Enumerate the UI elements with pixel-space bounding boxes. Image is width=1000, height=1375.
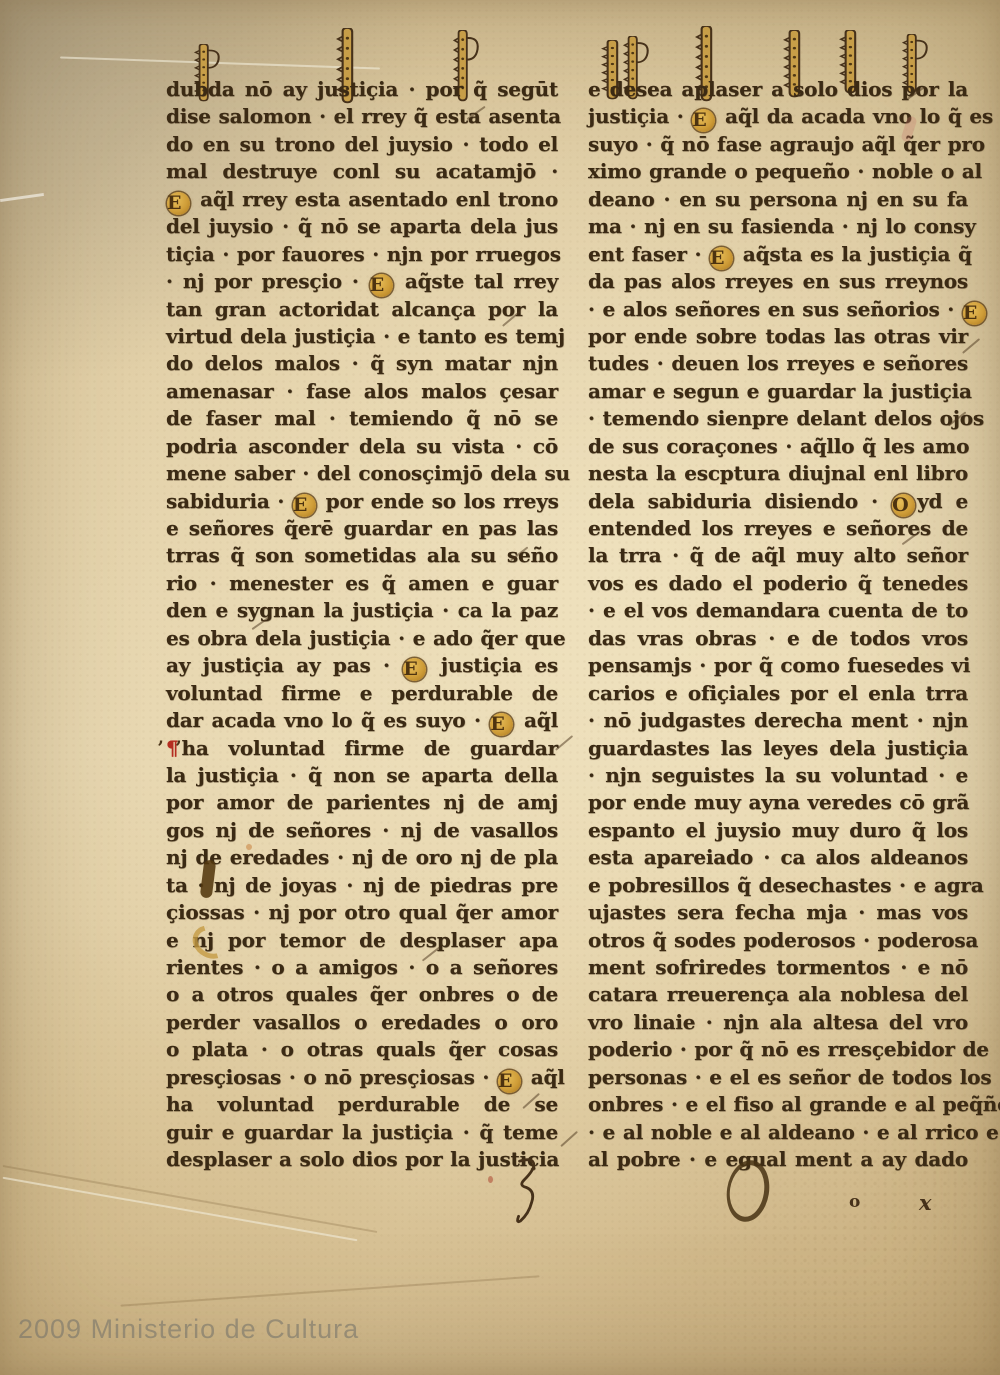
text-line: · e alos señores en sus señorios · E: [588, 296, 968, 323]
crease-line: [3, 1165, 378, 1233]
illuminated-initial: E: [498, 1070, 521, 1093]
text-line: E aq̃l rrey esta asentado enl trono: [166, 186, 558, 213]
text-line: rio · menester es q̃ amen e guar: [166, 570, 558, 597]
text-line: desplaser a solo dios por la justiçia: [166, 1146, 558, 1173]
text-line: amar e segun e guardar la justiçia: [588, 378, 968, 405]
illuminated-initial: E: [167, 192, 190, 215]
text-line: o plata · o otras quals q̃er cosas: [166, 1036, 558, 1063]
scratch-mark: [0, 193, 44, 202]
text-line: ma · nj en su fasienda · nj lo consy: [588, 213, 968, 240]
text-line: tudes · deuen los rreyes e señores: [588, 350, 968, 377]
text-line: esta apareiado · ca alos aldeanos: [588, 844, 968, 871]
text-line: ujastes sera fecha mja · mas vos: [588, 899, 968, 926]
text-line: presçiosas · o nō presçiosas · E aq̃l: [166, 1064, 558, 1091]
text-line: de sus coraçones · aq̃llo q̃ les amo: [588, 433, 968, 460]
text-line: · nō judgastes derecha ment · njn: [588, 707, 968, 734]
text-line: dela sabiduria disiendo · Oyd e: [588, 488, 968, 515]
illuminated-initial: E: [490, 713, 513, 736]
text-line: es obra dela justiçia · e ado q̃er que: [166, 625, 558, 652]
text-line: deano · en su persona nj en su fa: [588, 186, 968, 213]
text-line: · temendo sienpre delant delos ojos: [588, 405, 968, 432]
crease-line: [120, 1275, 539, 1306]
text-line: dise salomon · el rrey q̃ esta asenta: [166, 103, 558, 130]
text-line: ximo grande o pequeño · noble o al: [588, 158, 968, 185]
text-line: al pobre · e egual ment a ay dado: [588, 1146, 968, 1173]
illuminated-initial: E: [293, 494, 316, 517]
text-line: gos nj de señores · nj de vasallos: [166, 817, 558, 844]
text-line: dubda nō ay justiçia · por q̃ segūt: [166, 76, 558, 103]
text-line: do delos malos · q̃ syn matar njn: [166, 350, 558, 377]
text-line: e desea aplaser a solo dios por la: [588, 76, 968, 103]
text-line: vro linaie · njn ala altesa del vro: [588, 1009, 968, 1036]
text-line: justiçia · E aq̃l da acada vno lo q̃ es: [588, 103, 968, 130]
text-line: guir e guardar la justiçia · q̃ teme: [166, 1119, 558, 1146]
text-line: onbres · e el fiso al grande e al peq̃ño: [588, 1091, 968, 1118]
text-line: rientes · o a amigos · o a señores: [166, 954, 558, 981]
text-line: suyo · q̃ nō fase agraujo aq̃l q̃er pro: [588, 131, 968, 158]
text-line: catara rreuerença ala noblesa del: [588, 981, 968, 1008]
illuminated-initial: E: [370, 274, 393, 297]
text-line: carios e ofiçiales por el enla trra: [588, 680, 968, 707]
text-line: mene saber · del conosçimjō dela su: [166, 460, 558, 487]
text-line: espanto el juysio muy duro q̃ los: [588, 817, 968, 844]
red-speck-stain: [488, 1176, 493, 1183]
text-line: amenasar · fase alos malos çesar: [166, 378, 558, 405]
text-line: mal destruye conl su acatamjō ·: [166, 158, 558, 185]
illuminated-initial: E: [710, 247, 733, 270]
descender-flourish-icon: [513, 1156, 541, 1228]
text-line: o a otros quales q̃er onbres o de: [166, 981, 558, 1008]
text-line: por ende sobre todas las otras vir: [588, 323, 968, 350]
illuminated-initial: E: [963, 302, 986, 325]
text-line: dar acada vno lo q̃ es suyo · E aq̃l: [166, 707, 558, 734]
watermark-text: 2009 Ministerio de Cultura: [18, 1314, 359, 1345]
text-line: · nj por presçio · E aq̃ste tal rrey: [166, 268, 558, 295]
text-line: tan gran actoridat alcança por la: [166, 296, 558, 323]
text-line: ment sofriredes tormentos · e nō: [588, 954, 968, 981]
text-line: del juysio · q̃ nō se aparta dela jus: [166, 213, 558, 240]
illuminated-initial: E: [692, 109, 715, 132]
text-line: virtud dela justiçia · e tanto es temj: [166, 323, 558, 350]
text-line: · njn seguistes la su voluntad · e: [588, 762, 968, 789]
text-line: podria asconder dela su vista · cō: [166, 433, 558, 460]
margin-comma-marks: , ,: [158, 728, 185, 748]
text-line: çiossas · nj por otro qual q̃er amor: [166, 899, 558, 926]
text-line: nesta la escptura diujnal enl libro: [588, 460, 968, 487]
text-line: ta · nj de joyas · nj de piedras pre: [166, 872, 558, 899]
text-column-right: e desea aplaser a solo dios por lajustiç…: [588, 76, 968, 1174]
text-line: voluntad firme e perdurable de: [166, 680, 558, 707]
text-line: la trra · q̃ de aq̃l muy alto señor: [588, 542, 968, 569]
text-line: poderio · por q̃ nō es rresçebidor de: [588, 1036, 968, 1063]
text-line: ay justiçia ay pas · E justiçia es: [166, 652, 558, 679]
quire-mark-o: o: [849, 1192, 860, 1212]
hairline-stroke: [560, 1131, 577, 1147]
text-line: e nj por temor de desplaser apa: [166, 927, 558, 954]
text-line: den e sygnan la justiçia · ca la paz: [166, 597, 558, 624]
crease-line: [3, 1177, 358, 1241]
text-line: das vras obras · e de todos vros: [588, 625, 968, 652]
text-column-left: dubda nō ay justiçia · por q̃ segūtdise …: [166, 76, 558, 1174]
text-line: e pobresillos q̃ desechastes · e agra: [588, 872, 968, 899]
quire-mark-x: x: [919, 1190, 932, 1215]
text-line: tiçia · por fauores · njn por rruegos: [166, 241, 558, 268]
text-line: do en su trono del juysio · todo el: [166, 131, 558, 158]
text-line: e señores q̃erē guardar en pas las: [166, 515, 558, 542]
text-line: personas · e el es señor de todos los: [588, 1064, 968, 1091]
illuminated-initial: E: [403, 658, 426, 681]
text-line: pensamjs · por q̃ como fuesedes vi: [588, 652, 968, 679]
text-line: guardastes las leyes dela justiçia: [588, 735, 968, 762]
text-line: ha voluntad perdurable de se: [166, 1091, 558, 1118]
text-line: · e al noble e al aldeano · e al rrico e: [588, 1119, 968, 1146]
manuscript-page: dubda nō ay justiçia · por q̃ segūtdise …: [0, 0, 1000, 1375]
text-line: da pas alos rreyes en sus rreynos: [588, 268, 968, 295]
text-line: · e el vos demandara cuenta de to: [588, 597, 968, 624]
text-line: por ende muy ayna veredes cō grã: [588, 789, 968, 816]
text-line: de faser mal · temiendo q̃ nō se: [166, 405, 558, 432]
text-line: por amor de parientes nj de amj: [166, 789, 558, 816]
text-line: nj de eredades · nj de oro nj de pla: [166, 844, 558, 871]
text-line: sabiduria · E por ende so los rreys: [166, 488, 558, 515]
text-line: la justiçia · q̃ non se aparta della: [166, 762, 558, 789]
text-line: trras q̃ son sometidas ala su seño: [166, 542, 558, 569]
text-line: vos es dado el poderio q̃ tenedes: [588, 570, 968, 597]
text-line: ent faser · E aq̃sta es la justiçia q̃: [588, 241, 968, 268]
text-line: perder vasallos o eredades o oro: [166, 1009, 558, 1036]
illuminated-initial: O: [892, 494, 915, 517]
text-line: ¶ha voluntad firme de guardar: [166, 735, 558, 762]
text-line: otros q̃ sodes poderosos · poderosa: [588, 927, 968, 954]
